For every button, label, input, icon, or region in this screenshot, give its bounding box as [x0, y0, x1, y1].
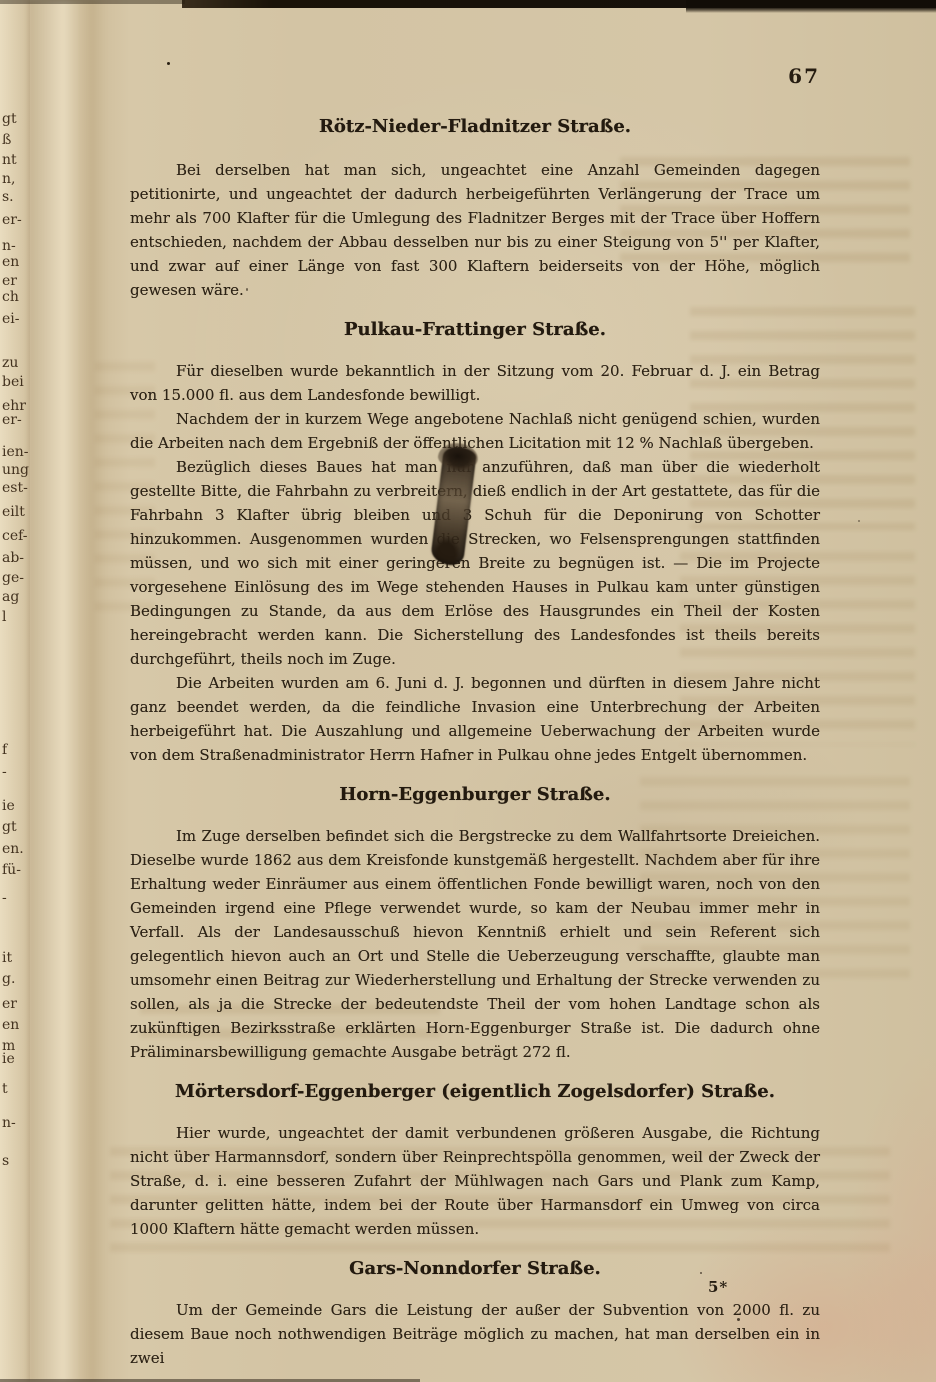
gutter-fragment: ie [2, 1052, 15, 1066]
gutter-fragment: ß [2, 133, 11, 147]
section-gars-nonndorfer: Gars-Nonndorfer Straße. Um der Gemeinde … [130, 1256, 820, 1370]
gutter-fragments-column: gtßntn,s.er-n-enerchei-zubeiehrer-ien-un… [0, 0, 34, 1382]
gutter-fragment: er [2, 997, 17, 1011]
gutter-fragment: t [2, 1082, 8, 1096]
gutter-fragment: gt [2, 820, 17, 834]
section-roetz-nieder-fladnitzer: Rötz-Nieder-Fladnitzer Straße. Bei derse… [130, 114, 820, 302]
gutter-fragment: ch [2, 290, 19, 304]
gutter-fragment: ung [2, 463, 29, 477]
section-heading: Horn-Eggenburger Straße. [130, 782, 820, 808]
gutter-fragment: n- [2, 239, 16, 253]
gutter-fragment: er- [2, 413, 22, 427]
text-column: 67 Rötz-Nieder-Fladnitzer Straße. Bei de… [130, 0, 820, 1370]
page-number: 67 [130, 64, 820, 88]
signature-mark: 5* [708, 1278, 728, 1296]
paragraph: Bei derselben hat man sich, ungeachtet e… [130, 158, 820, 302]
gutter-fragment: eilt [2, 505, 25, 519]
scanned-book-page: gtßntn,s.er-n-enerchei-zubeiehrer-ien-un… [0, 0, 936, 1382]
gutter-fragment: - [2, 765, 7, 779]
section-pulkau-frattinger: Pulkau-Frattinger Straße. Für dieselben … [130, 317, 820, 767]
section-heading: Mörtersdorf-Eggenberger (eigentlich Zoge… [130, 1079, 820, 1105]
paper-speck [737, 1318, 740, 1321]
paragraph: Hier wurde, ungeachtet der damit verbund… [130, 1121, 820, 1241]
gutter-fragment: ge- [2, 571, 24, 585]
gutter-fragment: zu [2, 356, 18, 370]
paper-speck [167, 62, 170, 65]
gutter-fragment: er [2, 274, 17, 288]
gutter-fragment: n, [2, 172, 15, 186]
paragraph: Um der Gemeinde Gars die Leistung der au… [130, 1298, 820, 1370]
paragraph: Bezüglich dieses Baues hat man nur anzuf… [130, 455, 820, 671]
gutter-fragment: nt [2, 153, 17, 167]
gutter-fragment: ag [2, 590, 19, 604]
stray-mark: , [193, 1018, 198, 1036]
gutter-fragment: n- [2, 1116, 16, 1130]
gutter-fragment: ie [2, 799, 15, 813]
paragraph: Nachdem der in kurzem Wege angebotene Na… [130, 407, 820, 455]
gutter-fragment: ei- [2, 312, 20, 326]
gutter-fragment: ab- [2, 551, 24, 565]
gutter-fragment: ien- [2, 445, 29, 459]
paper-speck [858, 520, 860, 522]
gutter-fragment: ehr [2, 399, 26, 413]
gutter-fragment: bei [2, 375, 24, 389]
gutter-fragment: s. [2, 190, 14, 204]
section-heading: Rötz-Nieder-Fladnitzer Straße. [130, 114, 820, 140]
paper-speck [700, 1272, 702, 1274]
gutter-fragment: en [2, 255, 19, 269]
section-heading: Pulkau-Frattinger Straße. [130, 317, 820, 343]
gutter-fragment: cef- [2, 529, 28, 543]
paper-speck [246, 288, 248, 291]
paragraph: Im Zuge derselben befindet sich die Berg… [130, 824, 820, 1064]
page-fold-highlight [28, 0, 106, 1382]
gutter-fragment: est- [2, 481, 28, 495]
gutter-fragment: er- [2, 213, 22, 227]
section-moertersdorf-eggenberger: Mörtersdorf-Eggenberger (eigentlich Zoge… [130, 1079, 820, 1241]
gutter-fragment: - [2, 891, 7, 905]
gutter-fragment: f [2, 743, 7, 757]
paragraph: Die Arbeiten wurden am 6. Juni d. J. beg… [130, 671, 820, 767]
gutter-fragment: fü- [2, 863, 21, 877]
gutter-fragment: gt [2, 112, 17, 126]
paragraph: Für dieselben wurde bekanntlich in der S… [130, 359, 820, 407]
gutter-fragment: s [2, 1154, 9, 1168]
gutter-fragment: l [2, 610, 6, 624]
gutter-fragment: it [2, 951, 12, 965]
gutter-fragment: en. [2, 842, 24, 856]
section-horn-eggenburger: Horn-Eggenburger Straße. Im Zuge derselb… [130, 782, 820, 1064]
gutter-fragment: en [2, 1018, 19, 1032]
gutter-fragment: g. [2, 972, 15, 986]
